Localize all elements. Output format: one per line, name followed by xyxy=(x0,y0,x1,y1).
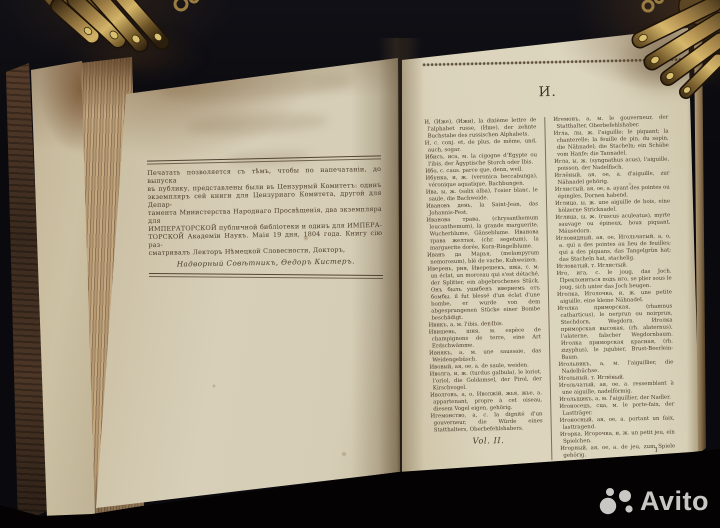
text-line: Ивишень, шня, м. espèce de champignons d… xyxy=(429,327,541,350)
dictionary-entries-right: Игемонъ, а, м. le gouverneur, der Statth… xyxy=(553,115,675,460)
censor-signature: Надворный Совѣтникъ, Ѳедоръ Кистеръ. xyxy=(149,256,383,269)
horizontal-rule xyxy=(149,273,383,279)
text-line: Иголка приморская, (rhamnus catharticus)… xyxy=(557,303,673,361)
dictionary-entries-left: И, (Иже), (Ижи), la dixième lettre de l'… xyxy=(424,117,543,434)
volume-catchword: Vol. II. xyxy=(431,436,543,445)
hand-shadow-left xyxy=(64,30,206,82)
photo-scene: Печатать позволяется съ тѣмъ, чтобы по н… xyxy=(0,0,720,528)
avito-watermark-text: Avito xyxy=(640,488,709,515)
signature-mark: 1 xyxy=(654,446,658,454)
text-line: Иволговъ, а, о, Иволжій, жья, жье, а. ap… xyxy=(430,390,542,413)
text-line: Иверень, рня, Иверешекъ, шка, с. м. un é… xyxy=(427,264,540,322)
show-through-ghost-text xyxy=(186,110,329,137)
avito-logo-icon xyxy=(597,483,637,519)
text-line: Игловидный, ая, ое, Игольчатый, а, о, а.… xyxy=(556,233,672,263)
avito-watermark: Avito xyxy=(597,483,709,519)
text-line: Иглица, ы, ж. (ruscus aculeatus), myrte … xyxy=(555,212,670,235)
left-page: Печатать позволяется съ тѣмъ, чтобы по н… xyxy=(94,56,400,512)
hand-shadow-right xyxy=(610,30,718,98)
censor-notice-text: Печатать позволяется съ тѣмъ, чтобы по н… xyxy=(147,165,383,257)
text-line: Иго, ига, с. le joug, das Joch. Преклони… xyxy=(557,268,672,291)
censor-notice-block: Печатать позволяется съ тѣмъ, чтобы по н… xyxy=(147,156,383,280)
dictionary-column-left: И, (Иже), (Ижи), la dixième lettre de l'… xyxy=(424,117,543,462)
dictionary-columns: И, (Иже), (Ижи), la dixième lettre de l'… xyxy=(424,115,675,463)
text-line: Иволга, и, ж. (turdus galbula), le lorio… xyxy=(430,369,542,392)
text-line: И, (Иже), (Ижи), la dixième lettre de l'… xyxy=(424,117,536,140)
text-line: Игла, лы, ж. l'aiguille; le piquant; la … xyxy=(554,129,670,159)
text-line: Иванова трава, (chrysanthemum leucanthem… xyxy=(426,215,539,252)
text-line: Игемонство, а, с. la dignité d'un gouver… xyxy=(430,411,542,434)
dictionary-column-right: Игемонъ, а, м. le gouverneur, der Statth… xyxy=(544,115,675,461)
